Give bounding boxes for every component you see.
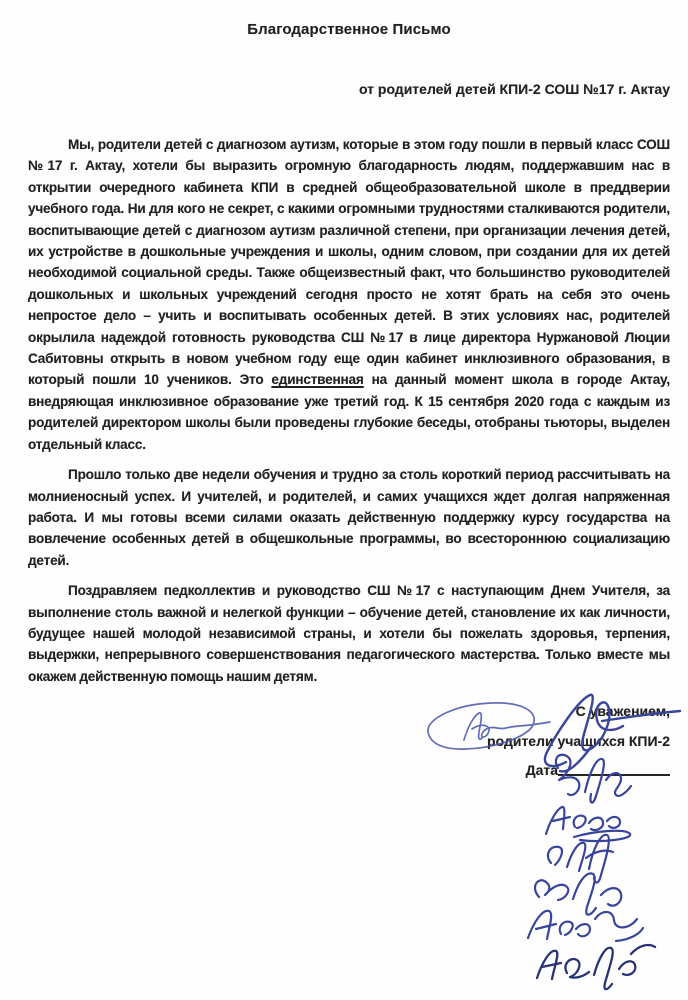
letter-page: Благодарственное Письмо от родителей дет… <box>0 0 688 1000</box>
signature-scrawl-6 <box>528 911 643 941</box>
signature-oval <box>428 703 550 749</box>
paragraph-1-text-before: Мы, родители детей с диагнозом аутизм, к… <box>28 137 670 387</box>
signature-scrawl-1 <box>545 695 680 772</box>
letter-title: Благодарственное Письмо <box>28 21 670 38</box>
from-line: от родителей детей КПИ-2 СОШ №17 г. Акта… <box>28 81 670 97</box>
underlined-word: единственная <box>271 372 363 387</box>
paragraph-2: Прошло только две недели обучения и труд… <box>28 464 670 571</box>
signature-scrawl-3 <box>546 807 630 841</box>
signature-scrawl-7 <box>537 945 655 989</box>
paragraph-1: Мы, родители детей с диагнозом аутизм, к… <box>28 134 670 455</box>
signatures-block <box>380 688 688 1000</box>
signature-scrawl-5 <box>535 873 621 914</box>
paragraph-3: Поздравляем педколлектив и руководство С… <box>28 580 670 687</box>
